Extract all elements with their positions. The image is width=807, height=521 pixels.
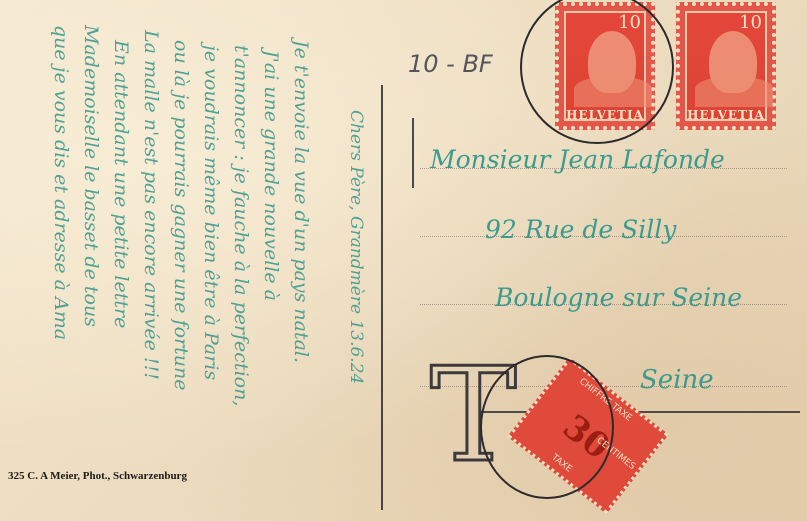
pencil-note: 10 - BF	[408, 50, 493, 78]
message-line: ou là je pourrais gagner une fortune	[170, 40, 192, 390]
message-line: J'ai une grande nouvelle à	[260, 50, 282, 301]
publisher-imprint: 325 C. A Meier, Phot., Schwarzenburg	[8, 470, 187, 482]
message-line: je voudrais même bien être à Paris	[200, 45, 222, 380]
address-line-1: Monsieur Jean Lafonde	[430, 145, 725, 174]
message-line: t'annoncer : je fauche à la perfection,	[230, 45, 252, 406]
stamp-value: 10	[739, 12, 762, 33]
message-line: que je vous dis et adresse à Ama	[50, 25, 72, 340]
message-line: Mademoiselle le basset de tous	[80, 25, 102, 327]
message-line: La malle n'est pas encore arrivée !!!	[140, 30, 162, 380]
pencil-arrow	[412, 118, 414, 188]
postmark-circle	[480, 355, 614, 499]
address-line-3: Boulogne sur Seine	[495, 283, 742, 312]
message-line: En attendant une petite lettre	[110, 40, 132, 328]
address-line-2: 92 Rue de Silly	[485, 215, 676, 244]
center-divider	[381, 85, 383, 510]
postcard-back: Je t'envoie la vue d'un pays natal. J'ai…	[0, 0, 807, 521]
side-note: Chers Père, Grandmère 13.6.24	[346, 110, 366, 384]
message-line: Je t'envoie la vue d'un pays natal.	[290, 40, 312, 363]
stamp-helvetia-10: 10 HELVETIA	[676, 2, 776, 130]
address-line-4: Seine	[640, 365, 714, 395]
stamp-country: HELVETIA	[680, 108, 772, 122]
